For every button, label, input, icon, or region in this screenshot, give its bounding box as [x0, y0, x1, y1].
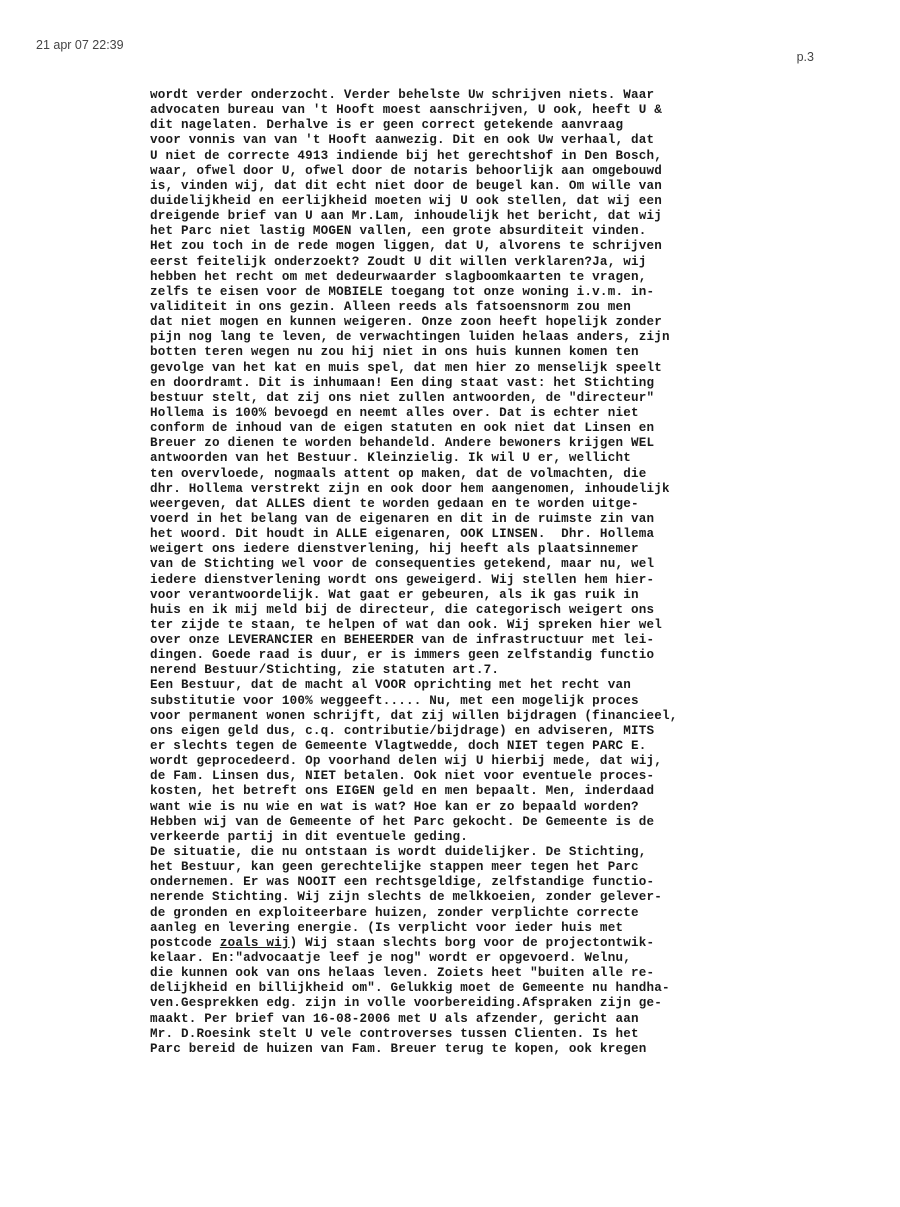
text-line: en doordramt. Dit is inhumaan! Een ding … [150, 376, 810, 391]
text-line: ons eigen geld dus, c.q. contributie/bij… [150, 724, 810, 739]
text-line: maakt. Per brief van 16-08-2006 met U al… [150, 1012, 810, 1027]
text-line: voor verantwoordelijk. Wat gaat er gebeu… [150, 588, 810, 603]
text-line: nerend Bestuur/Stichting, zie statuten a… [150, 663, 810, 678]
text-line: dingen. Goede raad is duur, er is immers… [150, 648, 810, 663]
text-line: want wie is nu wie en wat is wat? Hoe ka… [150, 800, 810, 815]
text-line: kelaar. En:"advocaatje leef je nog" word… [150, 951, 810, 966]
text-line: advocaten bureau van 't Hooft moest aans… [150, 103, 810, 118]
text-line: de gronden en exploiteerbare huizen, zon… [150, 906, 810, 921]
text-line: Parc bereid de huizen van Fam. Breuer te… [150, 1042, 810, 1057]
text-line: validiteit in ons gezin. Alleen reeds al… [150, 300, 810, 315]
text-line: waar, ofwel door U, ofwel door de notari… [150, 164, 810, 179]
text-line: ten overvloede, nogmaals attent op maken… [150, 467, 810, 482]
text-line: wordt verder onderzocht. Verder behelste… [150, 88, 810, 103]
text-line: gevolge van het kat en muis spel, dat me… [150, 361, 810, 376]
text-line: het Parc niet lastig MOGEN vallen, een g… [150, 224, 810, 239]
text-line: eerst feitelijk onderzoekt? Zoudt U dit … [150, 255, 810, 270]
text-line: voor permanent wonen schrijft, dat zij w… [150, 709, 810, 724]
text-line: is, vinden wij, dat dit echt niet door d… [150, 179, 810, 194]
text-line: conform de inhoud van de eigen statuten … [150, 421, 810, 436]
fax-header: 21 apr 07 22:39 p.3 [0, 38, 900, 58]
fax-timestamp: 21 apr 07 22:39 [36, 38, 124, 52]
text-line: delijkheid en billijkheid om". Gelukkig … [150, 981, 810, 996]
text-line: zelfs te eisen voor de MOBIELE toegang t… [150, 285, 810, 300]
text-line: dit nagelaten. Derhalve is er geen corre… [150, 118, 810, 133]
text-line: hebben het recht om met dedeurwaarder sl… [150, 270, 810, 285]
text-line: Het zou toch in de rede mogen liggen, da… [150, 239, 810, 254]
text-line: postcode zoals wij) Wij staan slechts bo… [150, 936, 810, 951]
text-line: weergeven, dat ALLES dient te worden ged… [150, 497, 810, 512]
text-line: kosten, het betreft ons EIGEN geld en me… [150, 784, 810, 799]
underlined-text: zoals wij [220, 936, 290, 950]
text-line: Mr. D.Roesink stelt U vele controverses … [150, 1027, 810, 1042]
text-line: van de Stichting wel voor de consequenti… [150, 557, 810, 572]
text-line: bestuur stelt, dat zij ons niet zullen a… [150, 391, 810, 406]
text-line: Hollema is 100% bevoegd en neemt alles o… [150, 406, 810, 421]
text-line: over onze LEVERANCIER en BEHEERDER van d… [150, 633, 810, 648]
text-line: iedere dienstverlening wordt ons geweige… [150, 573, 810, 588]
text-line: duidelijkheid en eerlijkheid moeten wij … [150, 194, 810, 209]
text-line: het Bestuur, kan geen gerechtelijke stap… [150, 860, 810, 875]
text-line: pijn nog lang te leven, de verwachtingen… [150, 330, 810, 345]
text-line: wordt geprocedeerd. Op voorhand delen wi… [150, 754, 810, 769]
text-line: het woord. Dit houdt in ALLE eigenaren, … [150, 527, 810, 542]
text-line: dhr. Hollema verstrekt zijn en ook door … [150, 482, 810, 497]
text-line: Een Bestuur, dat de macht al VOOR oprich… [150, 678, 810, 693]
page-number: p.3 [797, 50, 814, 64]
text-line: de Fam. Linsen dus, NIET betalen. Ook ni… [150, 769, 810, 784]
text-line: substitutie voor 100% weggeeft..... Nu, … [150, 694, 810, 709]
letter-body: wordt verder onderzocht. Verder behelste… [150, 88, 810, 1057]
text-line: huis en ik mij meld bij de directeur, di… [150, 603, 810, 618]
text-line: Breuer zo dienen te worden behandeld. An… [150, 436, 810, 451]
text-line: ondernemen. Er was NOOIT een rechtsgeldi… [150, 875, 810, 890]
text-line: antwoorden van het Bestuur. Kleinzielig.… [150, 451, 810, 466]
text-line: aanleg en levering energie. (Is verplich… [150, 921, 810, 936]
text-line: die kunnen ook van ons helaas leven. Zoi… [150, 966, 810, 981]
text-line: dreigende brief van U aan Mr.Lam, inhoud… [150, 209, 810, 224]
text-line: ter zijde te staan, te helpen of wat dan… [150, 618, 810, 633]
text-line: voor vonnis van van 't Hooft aanwezig. D… [150, 133, 810, 148]
text-line: weigert ons iedere dienstverlening, hij … [150, 542, 810, 557]
text-line: De situatie, die nu ontstaan is wordt du… [150, 845, 810, 860]
text-line: er slechts tegen de Gemeente Vlagtwedde,… [150, 739, 810, 754]
text-line: ven.Gesprekken edg. zijn in volle voorbe… [150, 996, 810, 1011]
text-line: botten teren wegen nu zou hij niet in on… [150, 345, 810, 360]
text-line: U niet de correcte 4913 indiende bij het… [150, 149, 810, 164]
text-line: verkeerde partij in dit eventuele geding… [150, 830, 810, 845]
text-line: voerd in het belang van de eigenaren en … [150, 512, 810, 527]
text-line: Hebben wij van de Gemeente of het Parc g… [150, 815, 810, 830]
text-line: dat niet mogen en kunnen weigeren. Onze … [150, 315, 810, 330]
text-line: nerende Stichting. Wij zijn slechts de m… [150, 890, 810, 905]
